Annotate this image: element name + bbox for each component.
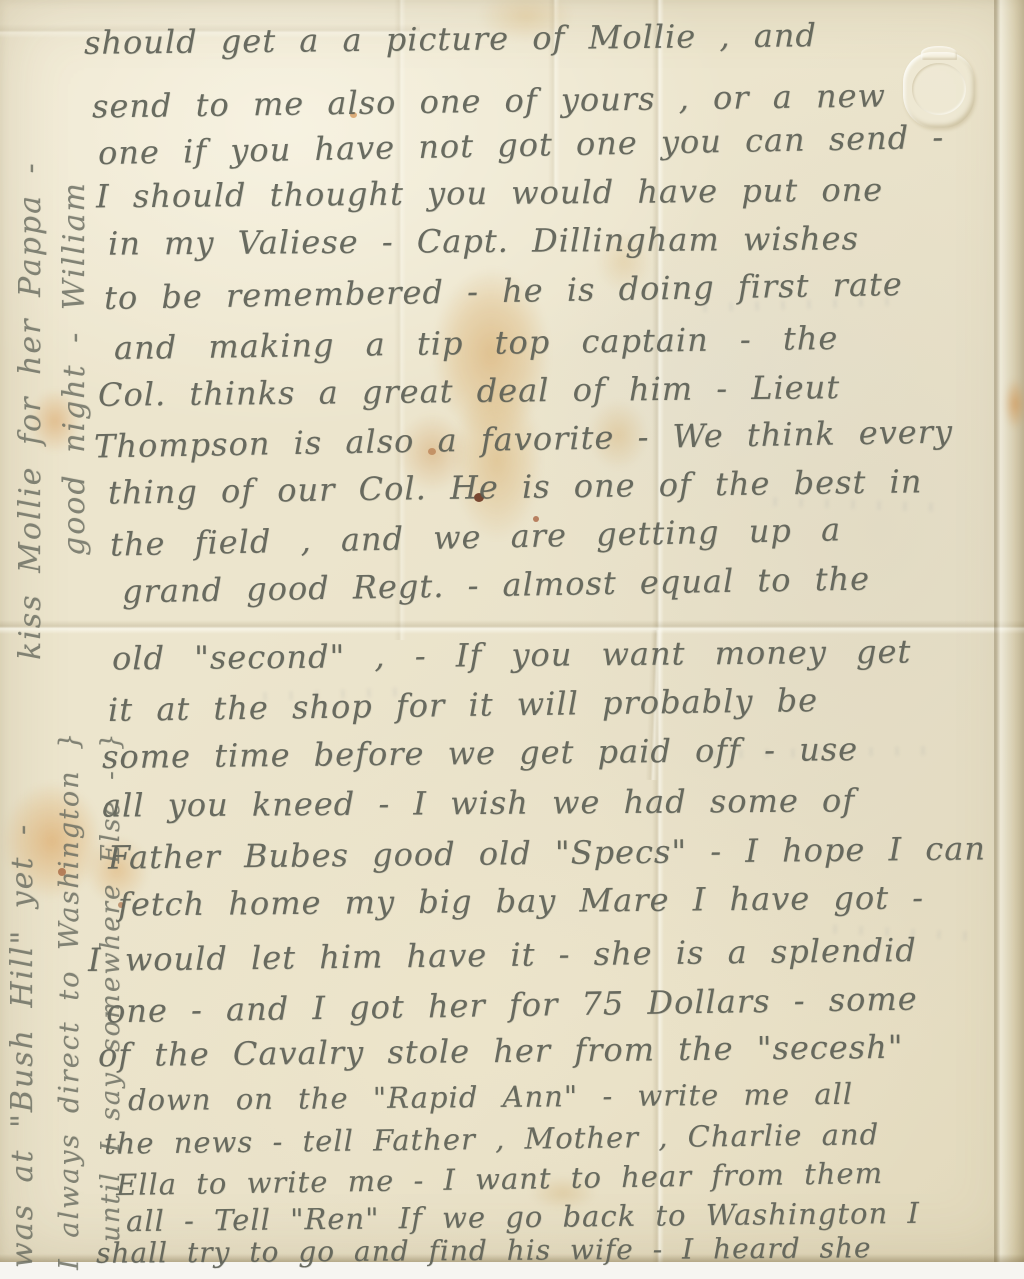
- margin-note: kiss Mollie for her Pappa -: [16, 161, 46, 660]
- embossed-stationer-seal-icon: [903, 52, 975, 128]
- margin-note: I always direct to Washington }: [56, 731, 83, 1270]
- margin-note: good night - William: [60, 181, 90, 556]
- right-edge-fold: [994, 0, 1024, 1262]
- seal-inner-ring: [912, 63, 966, 115]
- letter-line: shall try to go and find his wife - I he…: [96, 1233, 872, 1269]
- margin-note: until I say somewhere Else - }: [98, 731, 124, 1242]
- margin-note: was at "Bush Hill" yet -: [8, 823, 38, 1268]
- letter-line: all you kneed - I wish we had some of: [102, 783, 855, 823]
- letter-line: I should thought you would have put one: [96, 173, 883, 215]
- scanned-letter-page: { "document": { "kind": "handwritten let…: [0, 0, 1024, 1279]
- letter-line: fetch home my big bay Mare I have got -: [118, 880, 924, 922]
- letter-line: some time before we get paid off - use: [102, 732, 858, 775]
- letter-line: Col. thinks a great deal of him - Lieut: [98, 370, 840, 413]
- letter-line: down on the "Rapid Ann" - write me all: [128, 1079, 853, 1117]
- letter-line: old "second" , - If you want money get: [112, 635, 912, 677]
- letter-line: in my Valiese - Capt. Dillingham wishes: [108, 221, 859, 261]
- stain-right-edge: [1004, 378, 1024, 430]
- seal-crown-motif: [921, 46, 957, 60]
- letter-line: of the Cavalry stole her from the "seces…: [98, 1030, 904, 1074]
- letter-line: should get a a picture of Mollie , and: [84, 18, 817, 61]
